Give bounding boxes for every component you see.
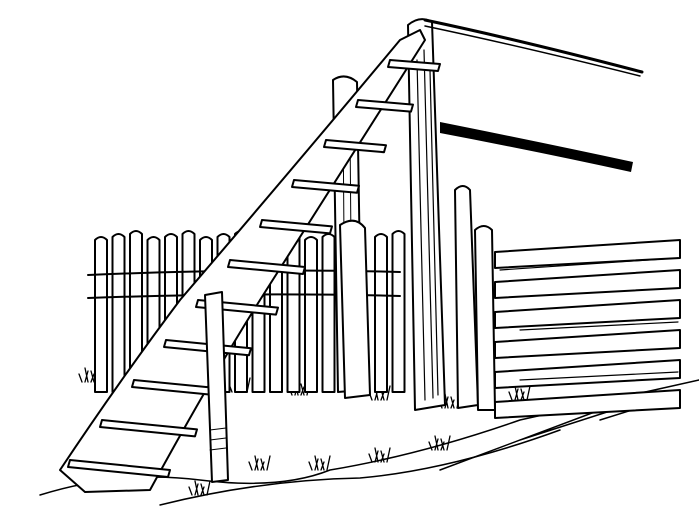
tall-post: [408, 19, 445, 410]
rail-fence: [495, 240, 680, 418]
shaded-beam: [440, 122, 633, 172]
illustration: [0, 0, 699, 522]
ramp-fence-drawing: [0, 0, 699, 522]
top-pole: [425, 20, 642, 76]
right-post: [455, 186, 495, 410]
middle-post: [340, 221, 370, 398]
